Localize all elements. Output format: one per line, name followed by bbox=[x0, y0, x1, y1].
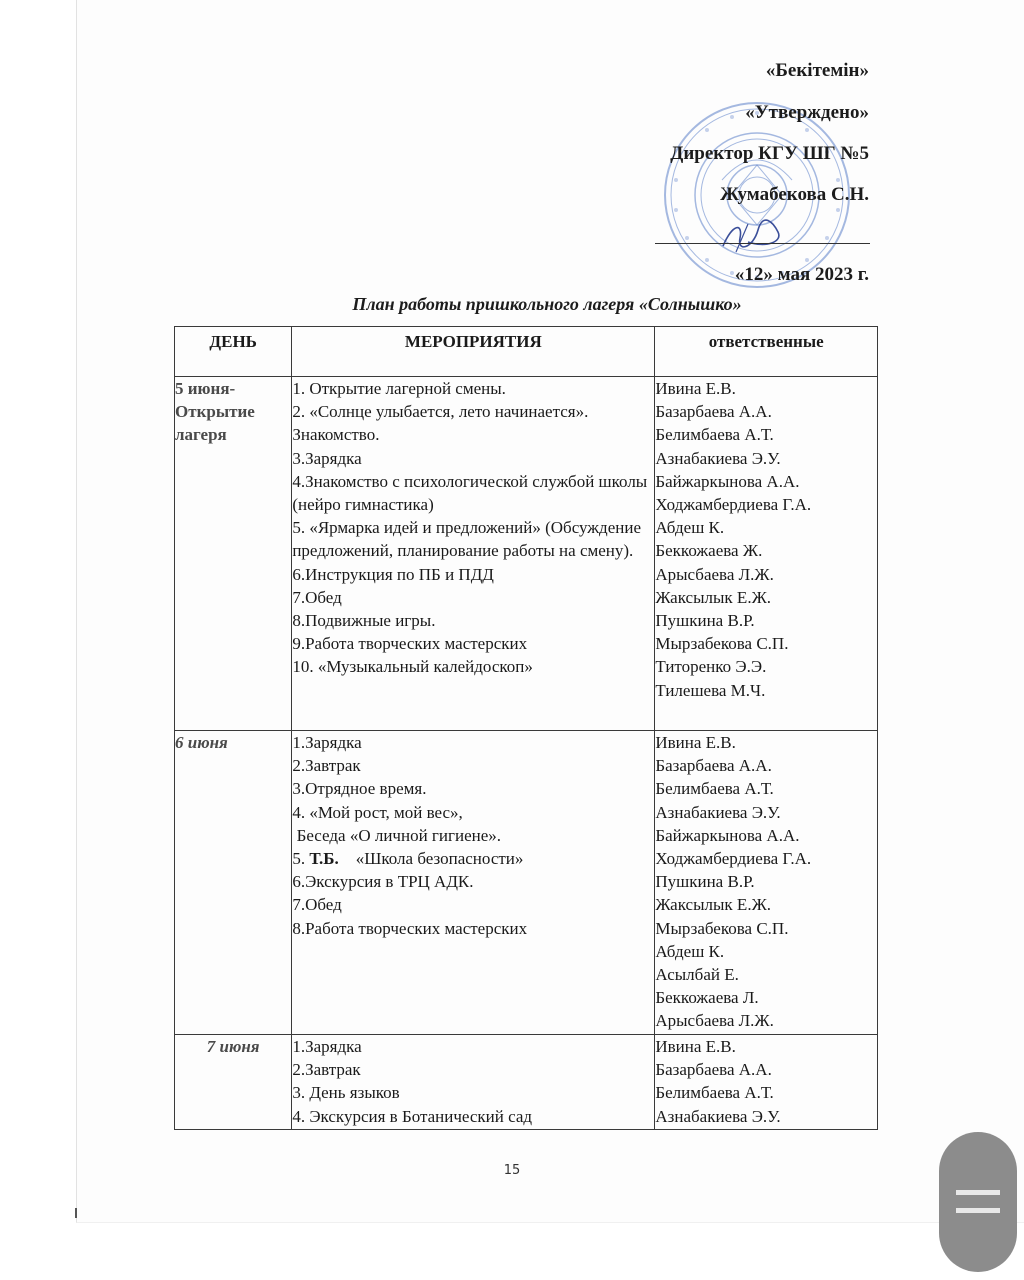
responsible-person: Азнабакиева Э.У. bbox=[655, 801, 877, 824]
responsible-person: Байжаркынова А.А. bbox=[655, 824, 877, 847]
event-item: 1.Зарядка bbox=[292, 731, 654, 754]
responsible-person: Ивина Е.В. bbox=[655, 377, 877, 400]
event-item: 3. День языков bbox=[292, 1081, 654, 1104]
header-events: МЕРОПРИЯТИЯ bbox=[292, 327, 655, 377]
responsible-person: Абдеш К. bbox=[655, 940, 877, 963]
event-item: 4.Знакомство с психологической службой ш… bbox=[292, 470, 654, 516]
document-title: План работы пришкольного лагеря «Солнышк… bbox=[0, 294, 1024, 315]
signature-line bbox=[655, 243, 870, 244]
responsible-person: Мырзабекова С.П. bbox=[655, 632, 877, 655]
responsible-person: Ивина Е.В. bbox=[655, 731, 877, 754]
responsible-person: Титоренко Э.Э. bbox=[655, 655, 877, 678]
signature-icon bbox=[718, 218, 788, 254]
event-item: 2. «Солнце улыбается, лето начинается». … bbox=[292, 400, 654, 446]
table-row: 5 июня-Открытиелагеря1. Открытие лагерно… bbox=[175, 377, 878, 731]
responsible-person: Азнабакиева Э.У. bbox=[655, 1105, 877, 1128]
responsible-person: Белимбаева А.Т. bbox=[655, 1081, 877, 1104]
event-item: 3.Зарядка bbox=[292, 447, 654, 470]
event-item: 8.Подвижные игры. bbox=[292, 609, 654, 632]
responsible-person: Базарбаева А.А. bbox=[655, 400, 877, 423]
approved-label: «Утверждено» bbox=[745, 102, 869, 124]
director-position: Директор КГУ ШГ №5 bbox=[670, 143, 869, 165]
header-day: ДЕНЬ bbox=[175, 327, 292, 377]
day-label: 7 июня bbox=[175, 1035, 291, 1058]
event-item: 4. Экскурсия в Ботанический сад bbox=[292, 1105, 654, 1128]
event-item: 1.Зарядка bbox=[292, 1035, 654, 1058]
responsible-person: Белимбаева А.Т. bbox=[655, 423, 877, 446]
responsible-person: Беккожаева Ж. bbox=[655, 539, 877, 562]
scroll-handle[interactable] bbox=[939, 1132, 1017, 1272]
event-item: 2.Завтрак bbox=[292, 754, 654, 777]
day-label: Открытие bbox=[175, 400, 291, 423]
responsible-person: Арысбаева Л.Ж. bbox=[655, 563, 877, 586]
event-item: 7.Обед bbox=[292, 893, 654, 916]
day-label: 5 июня- bbox=[175, 377, 291, 400]
responsible-person: Мырзабекова С.П. bbox=[655, 917, 877, 940]
table-header-row: ДЕНЬ МЕРОПРИЯТИЯ ответственные bbox=[175, 327, 878, 377]
event-item: 4. «Мой рост, мой вес», bbox=[292, 801, 654, 824]
responsible-person: Жаксылык Е.Ж. bbox=[655, 893, 877, 916]
responsible-person: Пушкина В.Р. bbox=[655, 870, 877, 893]
table-row: 6 июня1.Зарядка2.Завтрак3.Отрядное время… bbox=[175, 731, 878, 1035]
responsible-person: Белимбаева А.Т. bbox=[655, 777, 877, 800]
responsible-person: Базарбаева А.А. bbox=[655, 1058, 877, 1081]
events-cell: 1.Зарядка2.Завтрак3. День языков4. Экску… bbox=[292, 1035, 655, 1130]
event-item: 9.Работа творческих мастерских bbox=[292, 632, 654, 655]
approval-block: «Бекітемін» «Утверждено» Директор КГУ ШГ… bbox=[0, 0, 1024, 300]
safety-abbrev: Т.Б. bbox=[309, 849, 338, 868]
event-item: 8.Работа творческих мастерских bbox=[292, 917, 654, 940]
responsible-cell: Ивина Е.В.Базарбаева А.А.Белимбаева А.Т.… bbox=[655, 1035, 878, 1130]
kazakh-approval-label: «Бекітемін» bbox=[766, 60, 869, 82]
table-row: 7 июня1.Зарядка2.Завтрак3. День языков4.… bbox=[175, 1035, 878, 1130]
responsible-person: Беккожаева Л. bbox=[655, 986, 877, 1009]
event-item: Беседа «О личной гигиене». bbox=[292, 824, 654, 847]
event-item: 6.Экскурсия в ТРЦ АДК. bbox=[292, 870, 654, 893]
event-item: 5. «Ярмарка идей и предложений» (Обсужде… bbox=[292, 516, 654, 562]
camp-plan-table: ДЕНЬ МЕРОПРИЯТИЯ ответственные 5 июня-От… bbox=[174, 326, 878, 1130]
day-label: лагеря bbox=[175, 423, 291, 446]
responsible-person: Арысбаева Л.Ж. bbox=[655, 1009, 877, 1032]
event-item: 6.Инструкция по ПБ и ПДД bbox=[292, 563, 654, 586]
event-item: 10. «Музыкальный калейдоскоп» bbox=[292, 655, 654, 678]
responsible-cell: Ивина Е.В.Базарбаева А.А.Белимбаева А.Т.… bbox=[655, 377, 878, 731]
day-label: 6 июня bbox=[175, 731, 291, 754]
day-cell: 7 июня bbox=[175, 1035, 292, 1130]
responsible-person: Жаксылык Е.Ж. bbox=[655, 586, 877, 609]
header-responsible: ответственные bbox=[655, 327, 878, 377]
event-item: 3.Отрядное время. bbox=[292, 777, 654, 800]
events-cell: 1.Зарядка2.Завтрак3.Отрядное время.4. «М… bbox=[292, 731, 655, 1035]
responsible-person: Ивина Е.В. bbox=[655, 1035, 877, 1058]
event-item: 5. Т.Б. «Школа безопасности» bbox=[292, 847, 654, 870]
responsible-person: Абдеш К. bbox=[655, 516, 877, 539]
responsible-cell: Ивина Е.В.Базарбаева А.А.Белимбаева А.Т.… bbox=[655, 731, 878, 1035]
responsible-person: Байжаркынова А.А. bbox=[655, 470, 877, 493]
page-number: 15 bbox=[504, 1163, 521, 1178]
event-item: 2.Завтрак bbox=[292, 1058, 654, 1081]
page-edge-mark bbox=[75, 1208, 77, 1218]
responsible-person: Пушкина В.Р. bbox=[655, 609, 877, 632]
approval-date: «12» мая 2023 г. bbox=[735, 264, 869, 286]
responsible-person: Азнабакиева Э.У. bbox=[655, 447, 877, 470]
director-name: Жумабекова С.Н. bbox=[720, 184, 869, 206]
responsible-person: Тилешева М.Ч. bbox=[655, 679, 877, 702]
responsible-person: Базарбаева А.А. bbox=[655, 754, 877, 777]
day-cell: 6 июня bbox=[175, 731, 292, 1035]
events-cell: 1. Открытие лагерной смены.2. «Солнце ул… bbox=[292, 377, 655, 731]
responsible-person: Ходжамбердиева Г.А. bbox=[655, 493, 877, 516]
event-item: 7.Обед bbox=[292, 586, 654, 609]
event-item: 1. Открытие лагерной смены. bbox=[292, 377, 654, 400]
responsible-person: Ходжамбердиева Г.А. bbox=[655, 847, 877, 870]
day-cell: 5 июня-Открытиелагеря bbox=[175, 377, 292, 731]
responsible-person: Асылбай Е. bbox=[655, 963, 877, 986]
